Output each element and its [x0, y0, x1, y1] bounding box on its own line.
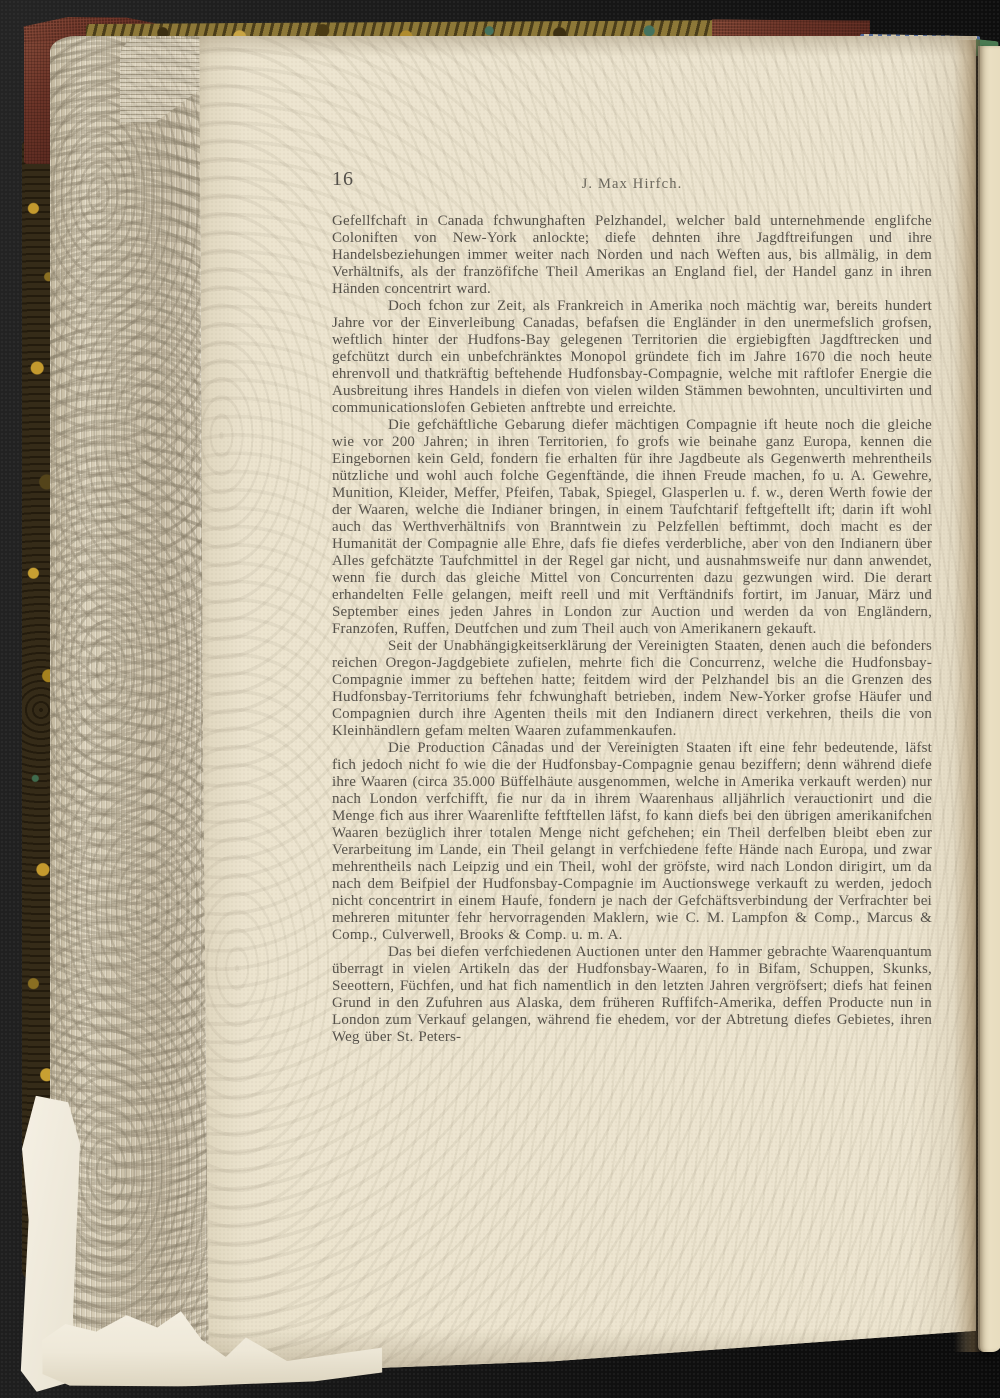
running-header: J. Max Hirfch.	[332, 176, 932, 193]
body-paragraph: Seit der Unabhängigkeitserklärung der Ve…	[332, 638, 932, 740]
open-page: 16 J. Max Hirfch. Gefellfchaft in Canada…	[190, 36, 976, 1368]
body-paragraph: Gefellfchaft in Canada fchwunghaften Pel…	[332, 213, 932, 298]
body-text-block: Gefellfchaft in Canada fchwunghaften Pel…	[332, 213, 932, 1046]
facing-page-block-edge	[978, 46, 1000, 1352]
body-paragraph: Die gefchäftliche Gebarung diefer mächti…	[332, 417, 932, 638]
body-paragraph: Doch fchon zur Zeit, als Frankreich in A…	[332, 298, 932, 417]
book-scan-page: 16 J. Max Hirfch. Gefellfchaft in Canada…	[0, 0, 1000, 1398]
body-paragraph: Das bei diefen verfchiedenen Auctionen u…	[332, 944, 932, 1046]
body-paragraph: Die Production Cânadas und der Vereinigt…	[332, 740, 932, 944]
gutter-crease-shadow	[954, 40, 980, 1352]
